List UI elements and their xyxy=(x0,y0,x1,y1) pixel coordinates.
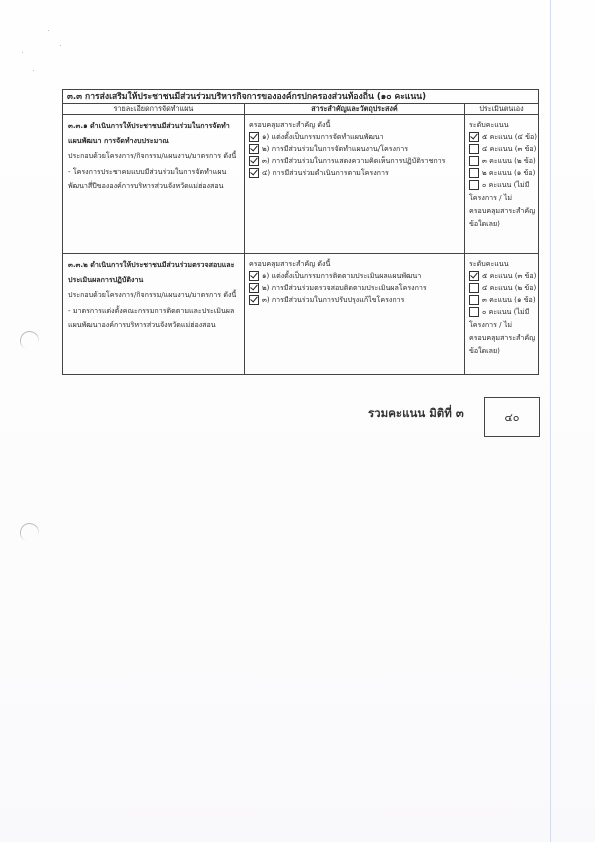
topic-title: ๓.๓.๒ ดำเนินการให้ประชาชนมีส่วนร่วมตรวจส… xyxy=(68,257,240,287)
score-option-label: ๒ คะแนน (๑ ข้อ) xyxy=(482,167,535,179)
score-note-line: ข้อใดเลย) xyxy=(469,217,536,230)
essence-item: ๓) การมีส่วนร่วมในการแสดงความคิดเห็นการป… xyxy=(249,155,460,167)
table-row: ๓.๓.๑ ดำเนินการให้ประชาชนมีส่วนร่วมในการ… xyxy=(63,115,539,254)
essence-item: ๒) การมีส่วนร่วมในการจัดทำแผนงาน/โครงการ xyxy=(249,143,460,155)
essence-item: ๔) การมีส่วนร่วมดำเนินการตามโครงการ xyxy=(249,167,460,179)
score-option-label: ๐ คะแนน (ไม่มี xyxy=(482,179,529,191)
checkbox-unchecked-icon[interactable] xyxy=(469,168,479,178)
essence-item-label: ๔) การมีส่วนร่วมดำเนินการตามโครงการ xyxy=(262,167,389,179)
score-option-label: ๓ คะแนน (๑ ข้อ) xyxy=(482,294,536,306)
total-score-label: รวมคะแนน มิติที่ ๓ xyxy=(368,405,464,423)
score-option: ๕ คะแนน (๓ ข้อ) xyxy=(469,270,536,282)
essence-intro: ครอบคลุมสาระสำคัญ ดังนี้ xyxy=(249,257,460,270)
checkbox-unchecked-icon[interactable] xyxy=(469,144,479,154)
score-option-label: ๐ คะแนน (ไม่มี xyxy=(482,306,529,318)
section-title: ๓.๓ การส่งเสริมให้ประชาชนมีส่วนร่วมบริหา… xyxy=(63,90,539,104)
score-option: ๒ คะแนน (๑ ข้อ) xyxy=(469,167,536,179)
topic-title: ๓.๓.๑ ดำเนินการให้ประชาชนมีส่วนร่วมในการ… xyxy=(68,118,240,148)
essence-item-label: ๑) แต่งตั้งเป็นกรรมการจัดทำแผนพัฒนา xyxy=(262,131,384,143)
scan-speck xyxy=(22,52,23,53)
plan-details-cell: ๓.๓.๑ ดำเนินการให้ประชาชนมีส่วนร่วมในการ… xyxy=(63,115,245,254)
score-option: ๔ คะแนน (๓ ข้อ) xyxy=(469,143,536,155)
checkbox-checked-icon[interactable] xyxy=(249,283,259,293)
table-row: ๓.๓.๒ ดำเนินการให้ประชาชนมีส่วนร่วมตรวจส… xyxy=(63,254,539,375)
score-option: ๕ คะแนน (๔ ข้อ) xyxy=(469,131,536,143)
project-list: - โครงการประชาคมแบบมีส่วนร่วมในการจัดทำแ… xyxy=(68,165,240,192)
composition-text: ประกอบด้วยโครงการ/กิจกรรม/แผนงาน/มาตรการ… xyxy=(68,148,240,163)
total-score-box: ๔๐ xyxy=(484,397,540,437)
punch-hole-mark xyxy=(17,328,41,352)
essence-item-label: ๓) การมีส่วนร่วมในการปรับปรุงแก้ไขโครงกา… xyxy=(262,294,404,306)
essence-item: ๑) แต่งตั้งเป็นกรรมการจัดทำแผนพัฒนา xyxy=(249,131,460,143)
score-option: ๔ คะแนน (๒ ข้อ) xyxy=(469,282,536,294)
scan-speck xyxy=(60,45,61,46)
score-intro: ระดับคะแนน xyxy=(469,257,536,270)
essence-item: ๑) แต่งตั้งเป็นกรรมการติดตามประเมินผลแผน… xyxy=(249,270,460,282)
scan-edge-line xyxy=(550,0,551,842)
checkbox-checked-icon[interactable] xyxy=(249,144,259,154)
scan-speck xyxy=(33,70,34,71)
scan-speck xyxy=(48,30,49,31)
score-option-label: ๕ คะแนน (๓ ข้อ) xyxy=(482,270,536,282)
essence-item-label: ๒) การมีส่วนร่วมในการจัดทำแผนงาน/โครงการ xyxy=(262,143,408,155)
score-option-label: ๕ คะแนน (๔ ข้อ) xyxy=(482,131,537,143)
checkbox-checked-icon[interactable] xyxy=(249,295,259,305)
score-note-line: โครงการ / ไม่ xyxy=(469,191,536,204)
column-header-self-assessment: ประเมินตนเอง xyxy=(465,104,539,115)
checkbox-checked-icon[interactable] xyxy=(249,156,259,166)
checkbox-checked-icon[interactable] xyxy=(469,132,479,142)
checkbox-unchecked-icon[interactable] xyxy=(469,307,479,317)
checkbox-checked-icon[interactable] xyxy=(249,271,259,281)
score-option-label: ๔ คะแนน (๒ ข้อ) xyxy=(482,282,536,294)
essence-item: ๒) การมีส่วนร่วมตรวจสอบติดตามประเมินผลโค… xyxy=(249,282,460,294)
score-note-line: โครงการ / ไม่ xyxy=(469,318,536,331)
score-note-line: ข้อใดเลย) xyxy=(469,344,536,357)
score-option: ๐ คะแนน (ไม่มี xyxy=(469,306,536,318)
checkbox-unchecked-icon[interactable] xyxy=(469,283,479,293)
checkbox-checked-icon[interactable] xyxy=(469,271,479,281)
punch-hole-mark xyxy=(17,520,41,544)
project-list: - มาตรการแต่งตั้งคณะกรรมการติดตามและประเ… xyxy=(68,304,240,331)
score-option-label: ๔ คะแนน (๓ ข้อ) xyxy=(482,143,536,155)
checkbox-checked-icon[interactable] xyxy=(249,132,259,142)
essence-item-label: ๑) แต่งตั้งเป็นกรรมการติดตามประเมินผลแผน… xyxy=(262,270,421,282)
essence-item-label: ๓) การมีส่วนร่วมในการแสดงความคิดเห็นการป… xyxy=(262,155,446,167)
score-note-line: ครอบคลุมสาระสำคัญ xyxy=(469,331,536,344)
total-score-value: ๔๐ xyxy=(504,408,519,426)
essence-item: ๓) การมีส่วนร่วมในการปรับปรุงแก้ไขโครงกา… xyxy=(249,294,460,306)
checkbox-checked-icon[interactable] xyxy=(249,168,259,178)
plan-details-cell: ๓.๓.๒ ดำเนินการให้ประชาชนมีส่วนร่วมตรวจส… xyxy=(63,254,245,375)
score-option: ๓ คะแนน (๒ ข้อ) xyxy=(469,155,536,167)
score-intro: ระดับคะแนน xyxy=(469,118,536,131)
checkbox-unchecked-icon[interactable] xyxy=(469,156,479,166)
score-option-label: ๓ คะแนน (๒ ข้อ) xyxy=(482,155,536,167)
essence-cell: ครอบคลุมสาระสำคัญ ดังนี้ ๑) แต่งตั้งเป็น… xyxy=(245,254,465,375)
checkbox-unchecked-icon[interactable] xyxy=(469,295,479,305)
checkbox-unchecked-icon[interactable] xyxy=(469,180,479,190)
column-header-essence: สาระสำคัญและวัตถุประสงค์ xyxy=(245,104,465,115)
self-assessment-cell: ระดับคะแนน ๕ คะแนน (๔ ข้อ) ๔ คะแนน (๓ ข้… xyxy=(465,115,539,254)
essence-intro: ครอบคลุมสาระสำคัญ ดังนี้ xyxy=(249,118,460,131)
score-option: ๓ คะแนน (๑ ข้อ) xyxy=(469,294,536,306)
composition-text: ประกอบด้วยโครงการ/กิจกรรม/แผนงาน/มาตรการ… xyxy=(68,287,240,302)
essence-cell: ครอบคลุมสาระสำคัญ ดังนี้ ๑) แต่งตั้งเป็น… xyxy=(245,115,465,254)
self-assessment-cell: ระดับคะแนน ๕ คะแนน (๓ ข้อ) ๔ คะแนน (๒ ข้… xyxy=(465,254,539,375)
column-header-plan-details: รายละเอียดการจัดทำแผน xyxy=(63,104,245,115)
score-note-line: ครอบคลุมสาระสำคัญ xyxy=(469,204,536,217)
evaluation-table: ๓.๓ การส่งเสริมให้ประชาชนมีส่วนร่วมบริหา… xyxy=(62,89,539,375)
essence-item-label: ๒) การมีส่วนร่วมตรวจสอบติดตามประเมินผลโค… xyxy=(262,282,427,294)
score-option: ๐ คะแนน (ไม่มี xyxy=(469,179,536,191)
